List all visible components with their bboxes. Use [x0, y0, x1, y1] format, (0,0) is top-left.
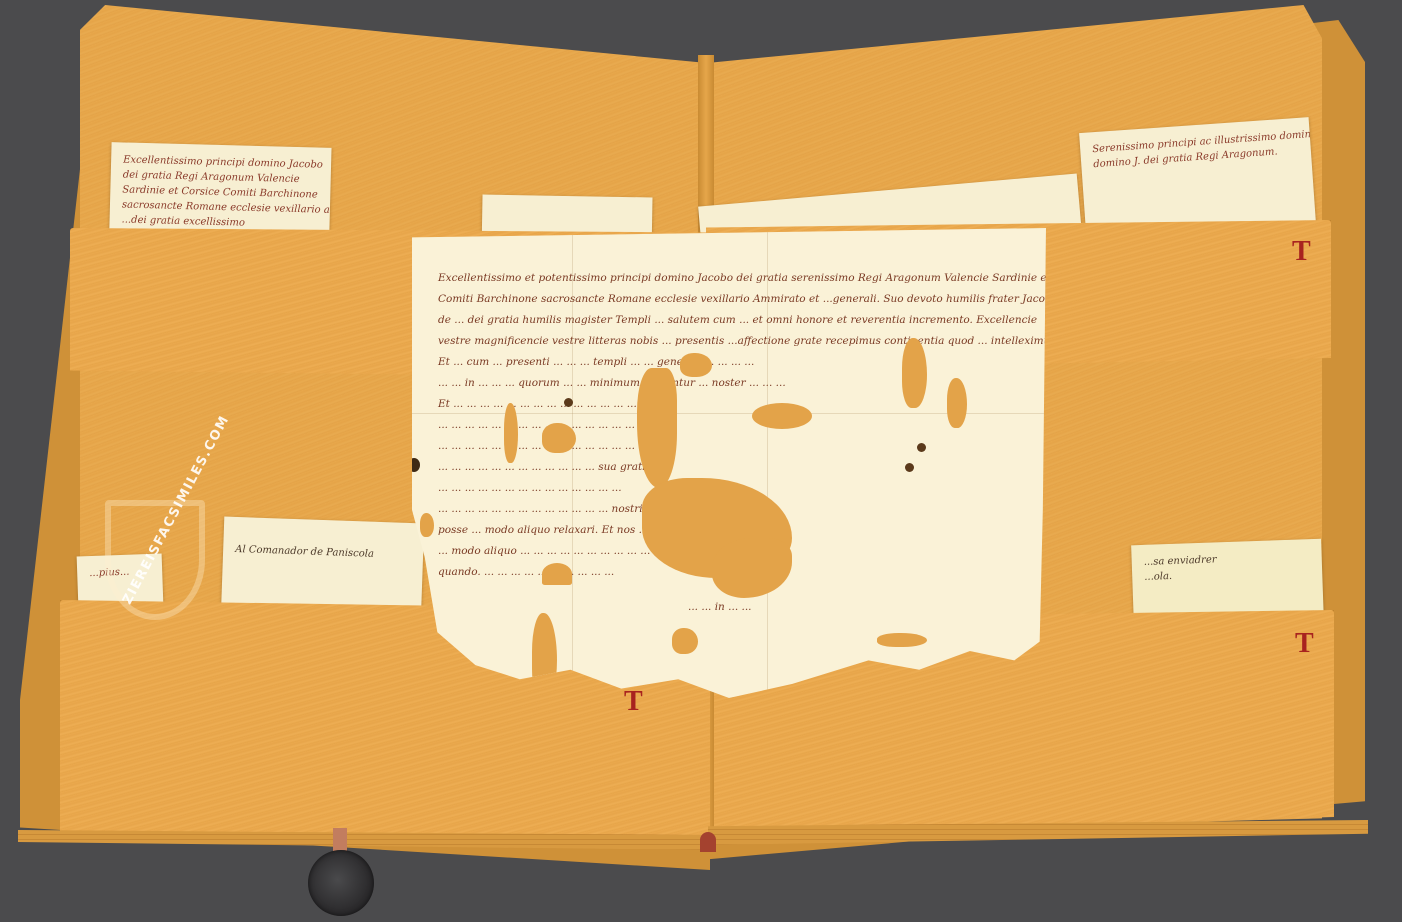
damage-hole: [412, 458, 420, 472]
damage-hole: [680, 353, 712, 377]
main-letter-line: de ... dei gratia humilis magister Templ…: [438, 310, 1026, 331]
main-letter-line: Comiti Barchinone sacrosancte Romane ecc…: [438, 289, 1026, 310]
damage-hole: [752, 403, 812, 429]
main-letter-line: Et ... ... ... ... ... ... ... ... ... .…: [438, 394, 1026, 415]
wax-seal-icon: [308, 850, 374, 916]
spine-ribbon: [700, 832, 716, 852]
fold-line: [572, 228, 573, 698]
damage-hole: [672, 628, 698, 654]
fold-line: [767, 228, 768, 698]
main-letter-line: ... ... in ... ... ... quorum ... ... mi…: [438, 373, 1026, 394]
main-letter-line: vestre magnificencie vestre litteras nob…: [438, 331, 1026, 352]
damage-hole: [542, 563, 572, 585]
damage-hole: [637, 368, 677, 488]
pocket-mark-center: T: [624, 688, 643, 716]
damage-hole: [905, 463, 914, 472]
letter-line: Al Comanador de Paniscola: [235, 542, 411, 563]
pocket-mark-bottom-right: T: [1295, 630, 1314, 658]
damage-hole: [877, 633, 927, 647]
main-letter-line: ... ... ... ... ... ... ... ... ... ... …: [438, 436, 1026, 457]
main-letter-footer: ... ... in ... ...: [438, 597, 1026, 618]
main-letter-line: Et ... cum ... presenti ... ... ... temp…: [438, 352, 1026, 373]
damage-hole: [947, 378, 967, 428]
damage-hole: [712, 538, 792, 598]
damage-hole: [420, 513, 434, 537]
main-letter-line: ... ... ... ... ... ... ... ... ... ... …: [438, 415, 1026, 436]
damage-hole: [542, 423, 576, 453]
damage-hole: [902, 338, 927, 408]
main-letter[interactable]: Excellentissimo et potentissimo principi…: [412, 228, 1046, 698]
damage-hole: [917, 443, 926, 452]
main-letter-line: ... ... ... ... ... ... ... ... ... ... …: [438, 457, 1026, 478]
damage-hole: [504, 403, 518, 463]
damage-hole: [564, 398, 573, 407]
pocket-mark-top-right: T: [1292, 238, 1311, 266]
main-letter-line: Excellentissimo et potentissimo principi…: [438, 268, 1026, 289]
